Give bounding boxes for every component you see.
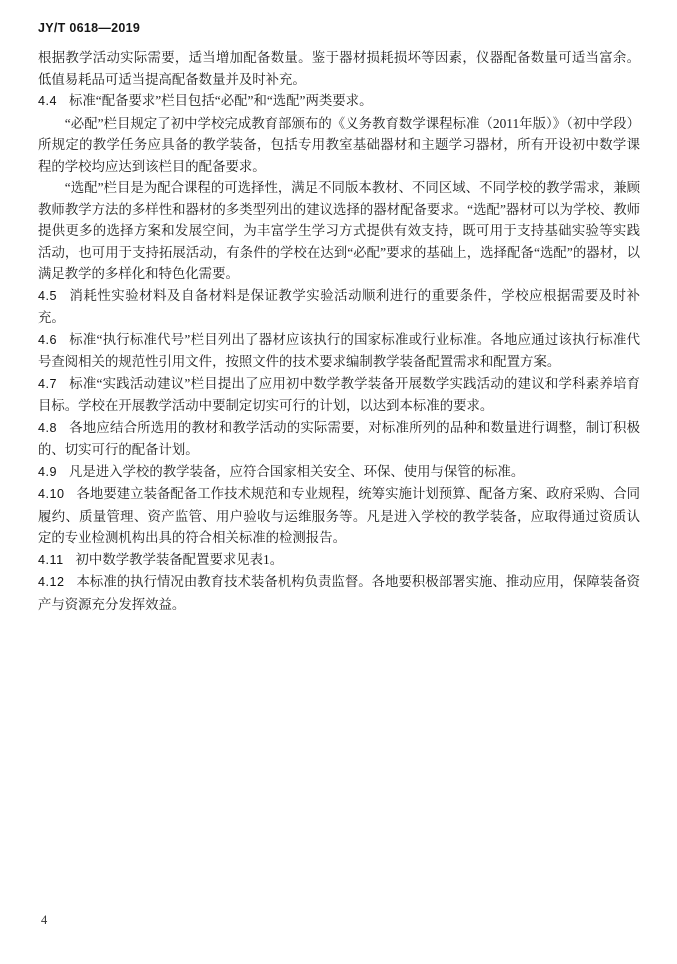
paragraph-text: 本标准的执行情况由教育技术装备机构负责监督。各地要积极部署实施、推动应用，保障装… <box>38 574 640 612</box>
clause-paragraph: 4.11初中数学教学装备配置要求见表1。 <box>38 549 640 572</box>
paragraph-text: 消耗性实验材料及自备材料是保证教学实验活动顺利进行的重要条件，学校应根据需要及时… <box>38 288 640 326</box>
clause-paragraph: 4.4标准“配备要求”栏目包括“必配”和“选配”两类要求。 <box>38 90 640 113</box>
clause-number: 4.12 <box>38 575 65 589</box>
paragraph-text: “必配”栏目规定了初中学校完成教育部颁布的《义务教育数学课程标准（2011年版）… <box>38 116 640 174</box>
paragraph: “必配”栏目规定了初中学校完成教育部颁布的《义务教育数学课程标准（2011年版）… <box>38 113 640 178</box>
clause-number: 4.5 <box>38 289 57 303</box>
clause-paragraph: 4.9凡是进入学校的教学装备，应符合国家相关安全、环保、使用与保管的标准。 <box>38 461 640 484</box>
document-page: JY/T 0618—2019 根据教学活动实际需要，适当增加配备数量。鉴于器材损… <box>0 0 677 964</box>
paragraph: “选配”栏目是为配合课程的可选择性，满足不同版本教材、不同区域、不同学校的教学需… <box>38 177 640 285</box>
paragraph-text: 根据教学活动实际需要，适当增加配备数量。鉴于器材损耗损坏等因素，仪器配备数量可适… <box>38 50 640 87</box>
clause-paragraph: 4.8各地应结合所选用的教材和教学活动的实际需要，对标准所列的品种和数量进行调整… <box>38 417 640 461</box>
clause-paragraph: 4.6标准“执行标准代号”栏目列出了器材应该执行的国家标准或行业标准。各地应通过… <box>38 329 640 373</box>
clause-paragraph: 4.5消耗性实验材料及自备材料是保证教学实验活动顺利进行的重要条件，学校应根据需… <box>38 285 640 329</box>
clause-paragraph: 4.12本标准的执行情况由教育技术装备机构负责监督。各地要积极部署实施、推动应用… <box>38 571 640 615</box>
paragraph-text: 标准“执行标准代号”栏目列出了器材应该执行的国家标准或行业标准。各地应通过该执行… <box>38 332 640 370</box>
paragraph-text: 各地应结合所选用的教材和教学活动的实际需要，对标准所列的品种和数量进行调整，制订… <box>38 420 640 458</box>
clause-paragraph: 4.10各地要建立装备配备工作技术规范和专业规程，统筹实施计划预算、配备方案、政… <box>38 483 640 549</box>
document-body: 根据教学活动实际需要，适当增加配备数量。鉴于器材损耗损坏等因素，仪器配备数量可适… <box>38 47 640 615</box>
clause-paragraph: 4.7标准“实践活动建议”栏目提出了应用初中数学教学装备开展数学实践活动的建议和… <box>38 373 640 417</box>
paragraph-text: 初中数学教学装备配置要求见表1。 <box>76 552 284 567</box>
clause-number: 4.8 <box>38 421 57 435</box>
paragraph: 根据教学活动实际需要，适当增加配备数量。鉴于器材损耗损坏等因素，仪器配备数量可适… <box>38 47 640 90</box>
page-number: 4 <box>41 913 47 928</box>
clause-number: 4.11 <box>38 553 64 567</box>
paragraph-text: 凡是进入学校的教学装备，应符合国家相关安全、环保、使用与保管的标准。 <box>69 464 524 479</box>
clause-number: 4.4 <box>38 94 57 108</box>
clause-number: 4.9 <box>38 465 57 479</box>
clause-number: 4.6 <box>38 333 57 347</box>
paragraph-text: “选配”栏目是为配合课程的可选择性，满足不同版本教材、不同区域、不同学校的教学需… <box>38 180 640 281</box>
clause-number: 4.7 <box>38 377 57 391</box>
paragraph-text: 标准“配备要求”栏目包括“必配”和“选配”两类要求。 <box>69 93 372 108</box>
paragraph-text: 标准“实践活动建议”栏目提出了应用初中数学教学装备开展数学实践活动的建议和学科素… <box>38 376 640 414</box>
clause-number: 4.10 <box>38 487 65 501</box>
standard-code-header: JY/T 0618—2019 <box>38 21 140 35</box>
paragraph-text: 各地要建立装备配备工作技术规范和专业规程，统筹实施计划预算、配备方案、政府采购、… <box>38 486 640 545</box>
